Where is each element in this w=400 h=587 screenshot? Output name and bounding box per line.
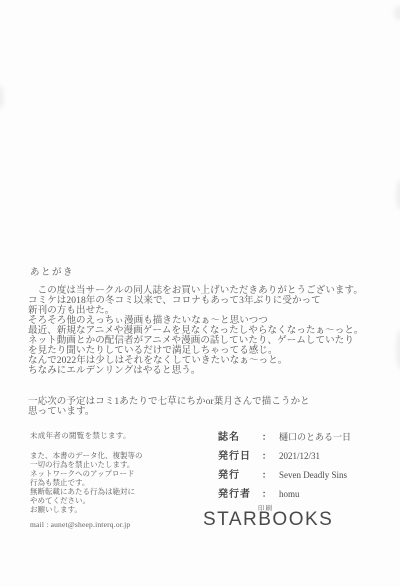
- colophon-separator: ：: [262, 430, 279, 443]
- scan-smudge: [396, 330, 400, 370]
- colophon-row-date: 発行日 ： 2021/12/31: [218, 447, 388, 466]
- afterword-line: 最近、新規なアニメや漫画ゲームを見なくなったしやらなくなったぁ～っと。: [28, 326, 384, 336]
- afterword-line: ネット動画とかの配信者がアニメや漫画の話していたり、ゲームしていたり: [28, 336, 384, 346]
- copyright-notice: また、本書のデータ化、複製等の 一切の行為を禁止いたします。 ネットワークへのア…: [30, 451, 200, 514]
- afterword-line: なんで2022年は少しはそれをなくしていきたいなぁ～っと。: [28, 356, 384, 366]
- notice-line: やめてください。: [30, 496, 200, 505]
- contact-email: mail : aunet@sheep.interq.or.jp: [30, 520, 200, 529]
- notice-line: 一切の行為を禁止いたします。: [30, 460, 200, 469]
- colophon-label: 誌名: [218, 428, 262, 443]
- colophon-label: 発行日: [218, 447, 262, 462]
- afterword-line: を見たり聞いたりしているだけで満足しちゃってる感じ。: [28, 346, 384, 356]
- next-plan-paragraph: 一応次の予定はコミ1あたりで七草にちかor葉月さんで描こうかと 思っています。: [28, 397, 368, 417]
- afterword-line: この度は当サークルの同人誌をお買い上げいただきありがとうございます。: [28, 286, 384, 296]
- next-plan-line: 一応次の予定はコミ1あたりで七草にちかor葉月さんで描こうかと: [28, 397, 368, 407]
- afterword-line: そろそろ他のえっちぃ漫画も描きたいなぁ～と思いつつ: [28, 316, 384, 326]
- colophon-separator: ：: [262, 449, 279, 462]
- afterword-body: この度は当サークルの同人誌をお買い上げいただきありがとうございます。 コミケは2…: [28, 286, 384, 376]
- notice-line: 行為も禁止です。: [30, 478, 200, 487]
- colophon: 誌名 ： 樋口のとある一日 発行日 ： 2021/12/31 発行 ： Seve…: [218, 428, 388, 504]
- colophon-separator: ：: [262, 468, 279, 481]
- next-plan-line: 思っています。: [28, 407, 368, 417]
- notice-line: 無断転載にあたる行為は絶対に: [30, 487, 200, 496]
- colophon-label: 発行: [218, 466, 262, 481]
- afterword-line: 新刊の方も出せた。: [28, 306, 384, 316]
- age-warning: 未成年者の閲覧を禁じます。: [30, 431, 200, 440]
- afterword-line: ちなみにエルデンリングはやると思う。: [28, 366, 384, 376]
- colophon-row-author: 発行者 ： homu: [218, 485, 388, 504]
- colophon-row-circle: 発行 ： Seven Deadly Sins: [218, 466, 388, 485]
- notice-line: また、本書のデータ化、複製等の: [30, 451, 200, 460]
- scan-smudge: [396, 180, 400, 210]
- afterword-heading: あとがき: [30, 264, 74, 278]
- printer-name: STARBOOKS: [203, 509, 333, 531]
- afterword-page: あとがき この度は当サークルの同人誌をお買い上げいただきありがとうございます。 …: [0, 0, 400, 587]
- scan-smudge: [0, 85, 4, 109]
- colophon-value-title: 樋口のとある一日: [279, 430, 351, 443]
- notice-line: お願いします。: [30, 505, 200, 514]
- colophon-value-circle: Seven Deadly Sins: [279, 470, 347, 480]
- afterword-line: コミケは2018年の冬コミ以来で、コロナもあって3年ぶりに受かって: [28, 296, 384, 306]
- colophon-separator: ：: [262, 487, 279, 500]
- colophon-label: 発行者: [218, 485, 262, 500]
- scan-smudge: [394, 6, 400, 20]
- legal-notice: 未成年者の閲覧を禁じます。 また、本書のデータ化、複製等の 一切の行為を禁止いた…: [30, 431, 200, 529]
- colophon-value-date: 2021/12/31: [279, 451, 320, 461]
- colophon-value-author: homu: [279, 489, 300, 499]
- colophon-row-title: 誌名 ： 樋口のとある一日: [218, 428, 388, 447]
- notice-line: ネットワークへのアップロード: [30, 469, 200, 478]
